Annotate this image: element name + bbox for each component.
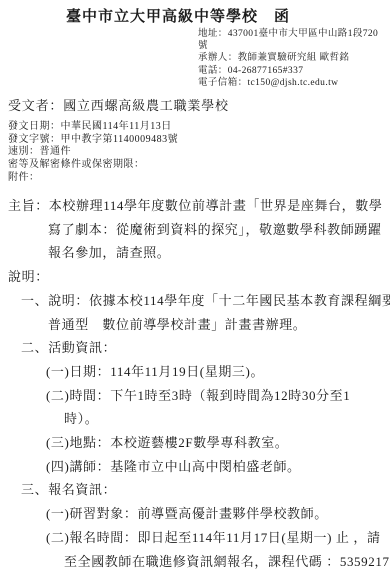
address-line-2: 號 (198, 40, 378, 52)
activity-info-heading: 二、活動資訊： (0, 336, 390, 360)
document-body: 主旨：本校辦理114學年度數位前導計畫「世界是座舞台，數學 寫了劇本：從魔術到資… (0, 194, 390, 573)
issue-date-line: 發文日期：中華民國114年11月13日 (8, 121, 178, 134)
document-meta: 發文日期：中華民國114年11月13日 發文字號：甲中教字第1140009483… (8, 121, 178, 185)
address-line-1: 地址：437001臺中市大甲區中山路1段720 (198, 28, 378, 40)
attachment-line: 附件： (8, 172, 178, 185)
speed-line: 速別：普通件 (8, 146, 178, 159)
explanation-heading: 說明： (0, 265, 390, 289)
registration-heading: 三、報名資訊： (0, 478, 390, 502)
registration-time-line-1: (二)報名時間：即日起至114年11月17日(星期一) 止 ，請 (0, 526, 390, 550)
registration-target-line: (一)研習對象：前導暨高優計畫夥伴學校教師。 (0, 502, 390, 526)
registration-time-line-2: 至全國教師在職進修資訊網報名，課程代碼 ：5359217。 (0, 550, 390, 574)
subject-line-3: 報名參加，請查照。 (0, 241, 390, 265)
subject-line-1: 主旨：本校辦理114學年度數位前導計畫「世界是座舞台，數學 (0, 194, 390, 218)
activity-location-line: (三)地點：本校遊藝樓2F數學專科教室。 (0, 431, 390, 455)
document-title: 臺中市立大甲高級中等學校 函 (0, 5, 356, 26)
phone-line: 電話：04-26877165#337 (198, 65, 378, 77)
explanation-item-1-line-1: 一、說明：依據本校114學年度「十二年國民基本教育課程綱要 (0, 289, 390, 313)
contact-info: 地址：437001臺中市大甲區中山路1段720 號 承辦人：教師兼實驗研究組 歐… (198, 28, 378, 89)
activity-time-line-1: (二)時間：下午1時至3時（報到時間為12時30分至1 (0, 384, 390, 408)
contact-person-line: 承辦人：教師兼實驗研究組 歐哲銘 (198, 52, 378, 64)
document-page: 臺中市立大甲高級中等學校 函 地址：437001臺中市大甲區中山路1段720 號… (0, 0, 390, 575)
security-line: 密等及解密條件或保密期限： (8, 159, 178, 172)
explanation-item-1-line-2: 普通型 數位前導學校計畫」計畫書辦理。 (0, 313, 390, 337)
issue-number-line: 發文字號：甲中教字第1140009483號 (8, 134, 178, 147)
recipient-line: 受文者：國立西螺高級農工職業學校 (8, 95, 229, 114)
email-line: 電子信箱：tc150@djsh.tc.edu.tw (198, 77, 378, 89)
activity-date-line: (一)日期：114年11月19日(星期三)。 (0, 360, 390, 384)
activity-time-line-2: 時）。 (0, 407, 390, 431)
subject-line-2: 寫了劇本：從魔術到資料的探究」，敬邀數學科教師踴躍 (0, 218, 390, 242)
activity-lecturer-line: (四)講師：基隆市立中山高中閔柏盛老師。 (0, 455, 390, 479)
